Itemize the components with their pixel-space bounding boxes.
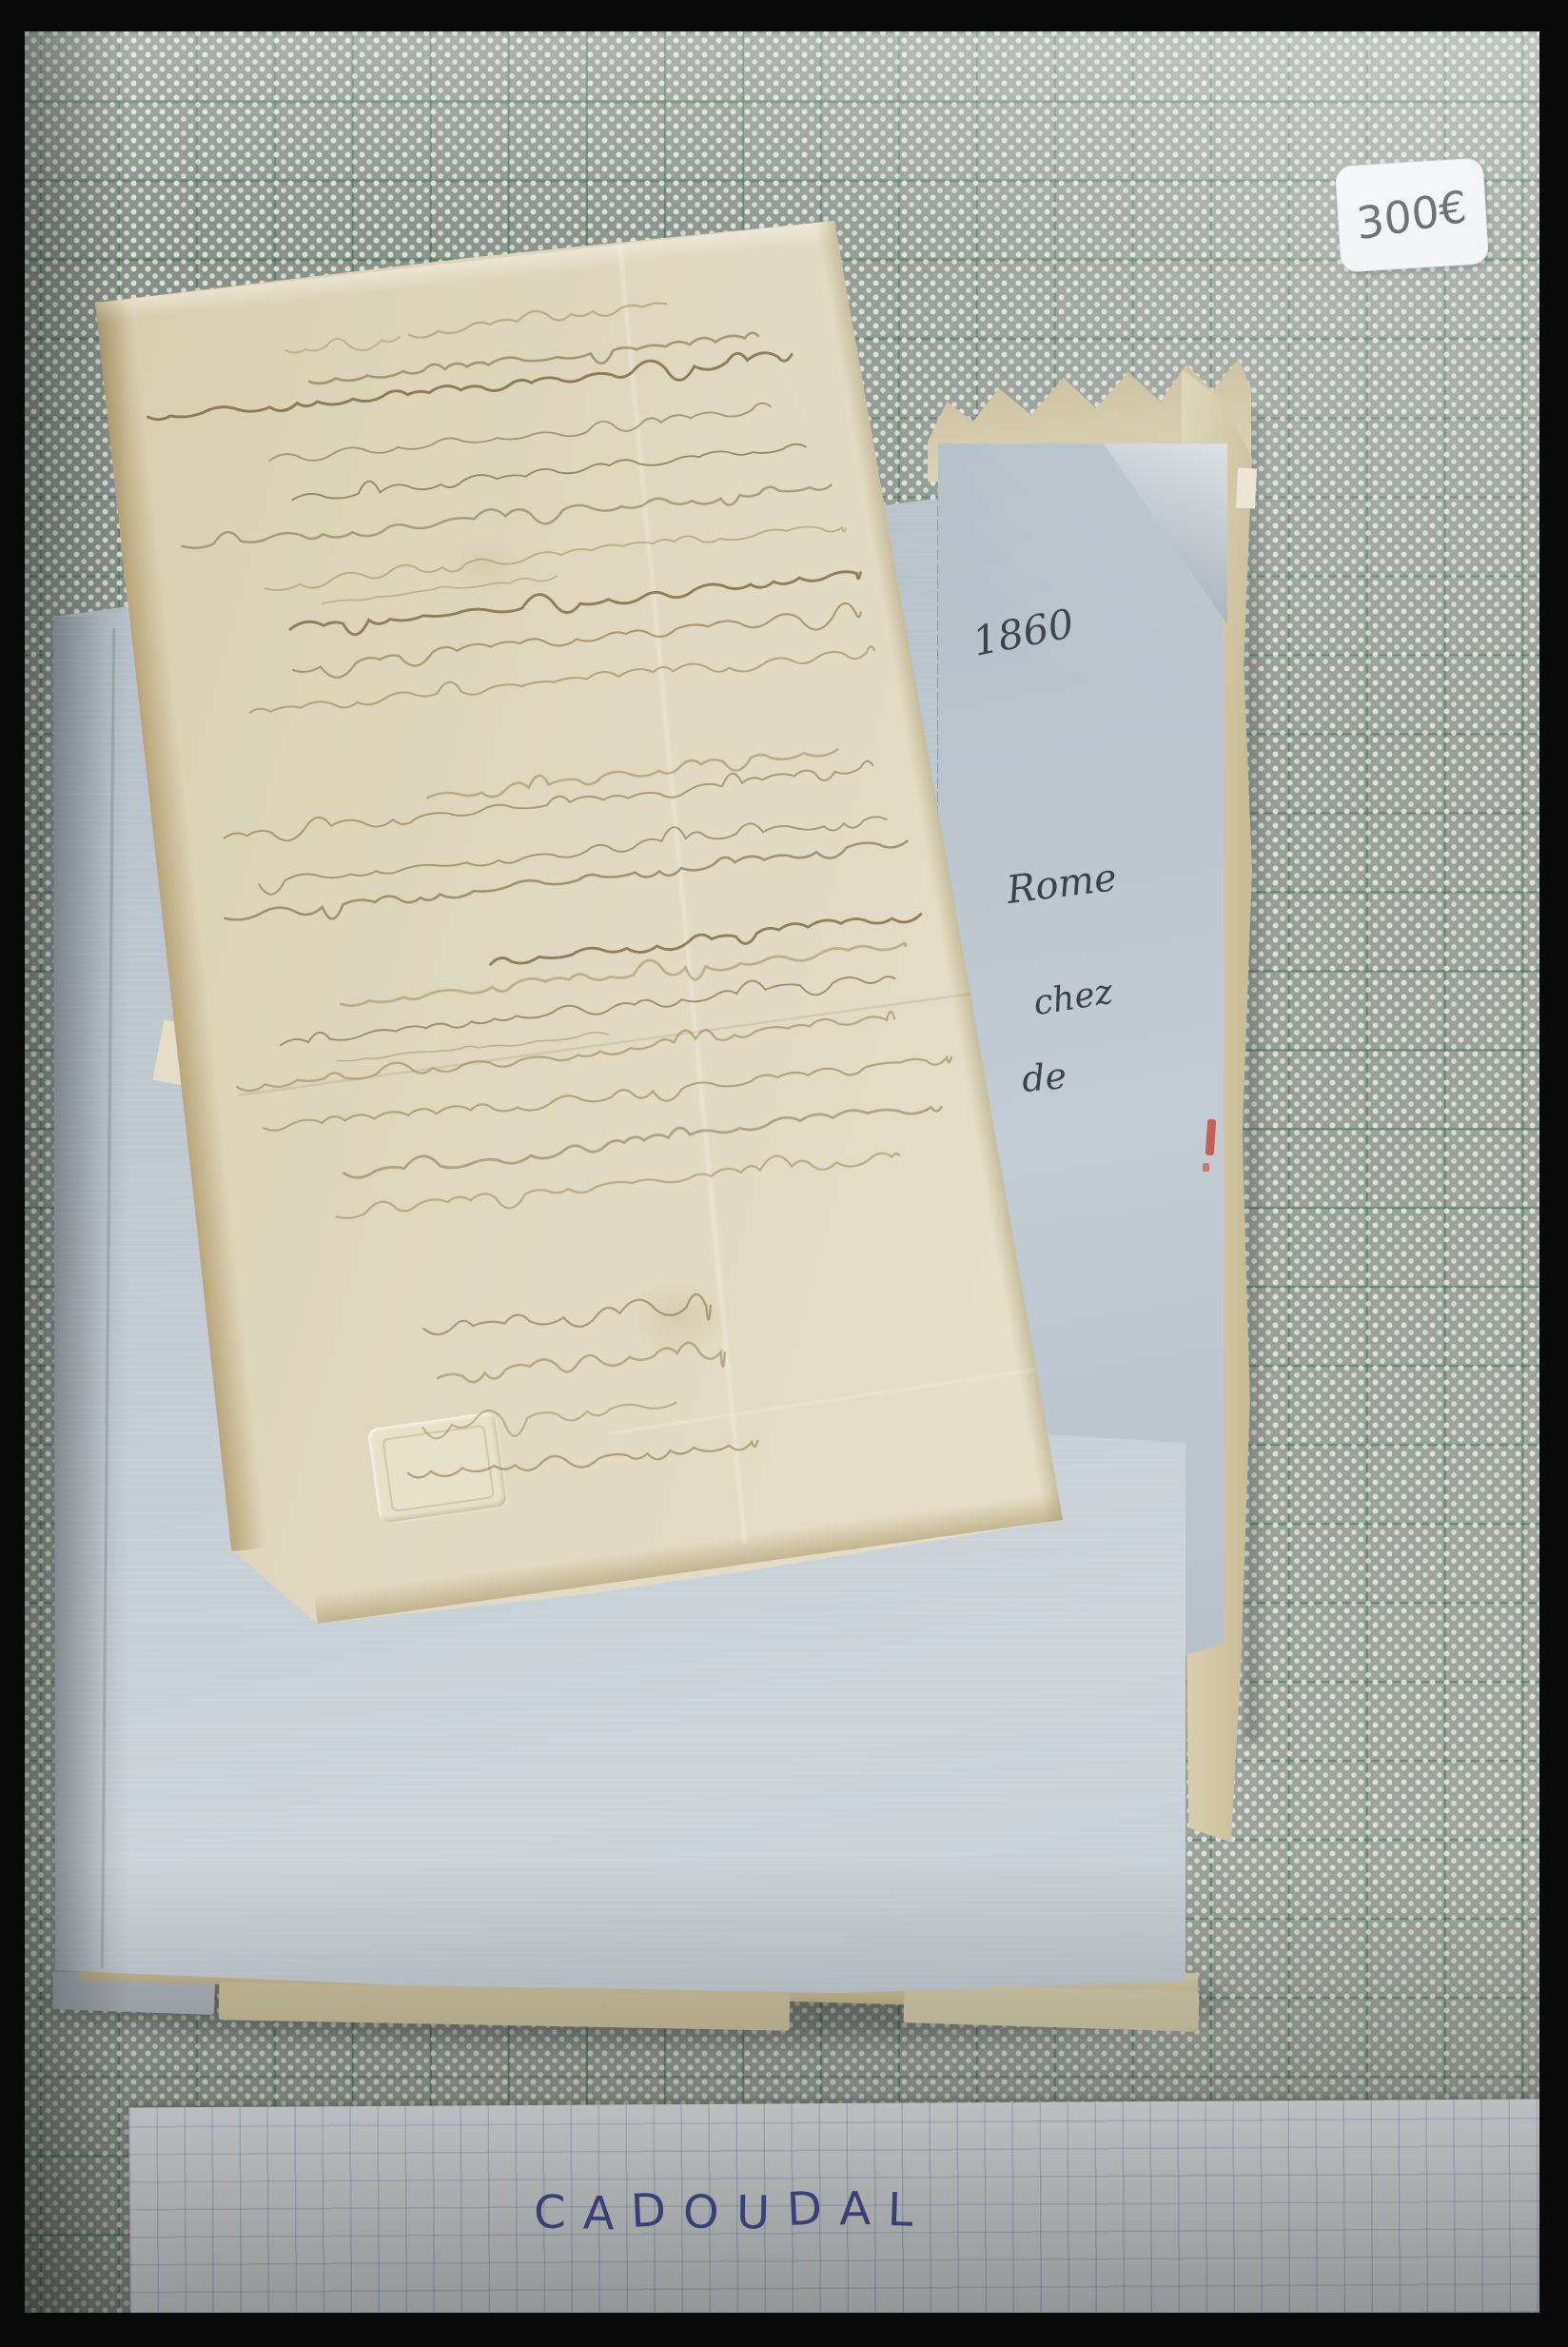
- right-document-shadow: [1245, 409, 1271, 1742]
- caption-text: CADOUDAL: [534, 2181, 931, 2239]
- blue-sheet-left-shadow: [53, 617, 103, 1972]
- annotation-word-de: de: [1020, 1055, 1068, 1100]
- photo-border-left: [0, 0, 25, 2347]
- photo-border-bottom: [0, 2313, 1568, 2347]
- photograph: 1860 Rome chez de 300€ CADOUDAL: [0, 0, 1568, 2347]
- caption-label-strip: CADOUDAL: [128, 2099, 1543, 2320]
- price-sticker: 300€: [1335, 157, 1490, 272]
- red-wax-mark-small: [1203, 1163, 1209, 1172]
- photo-border-top: [0, 0, 1568, 31]
- paper-tab: [1236, 468, 1257, 509]
- photo-border-right: [1539, 0, 1568, 2347]
- price-text: 300€: [1355, 180, 1470, 249]
